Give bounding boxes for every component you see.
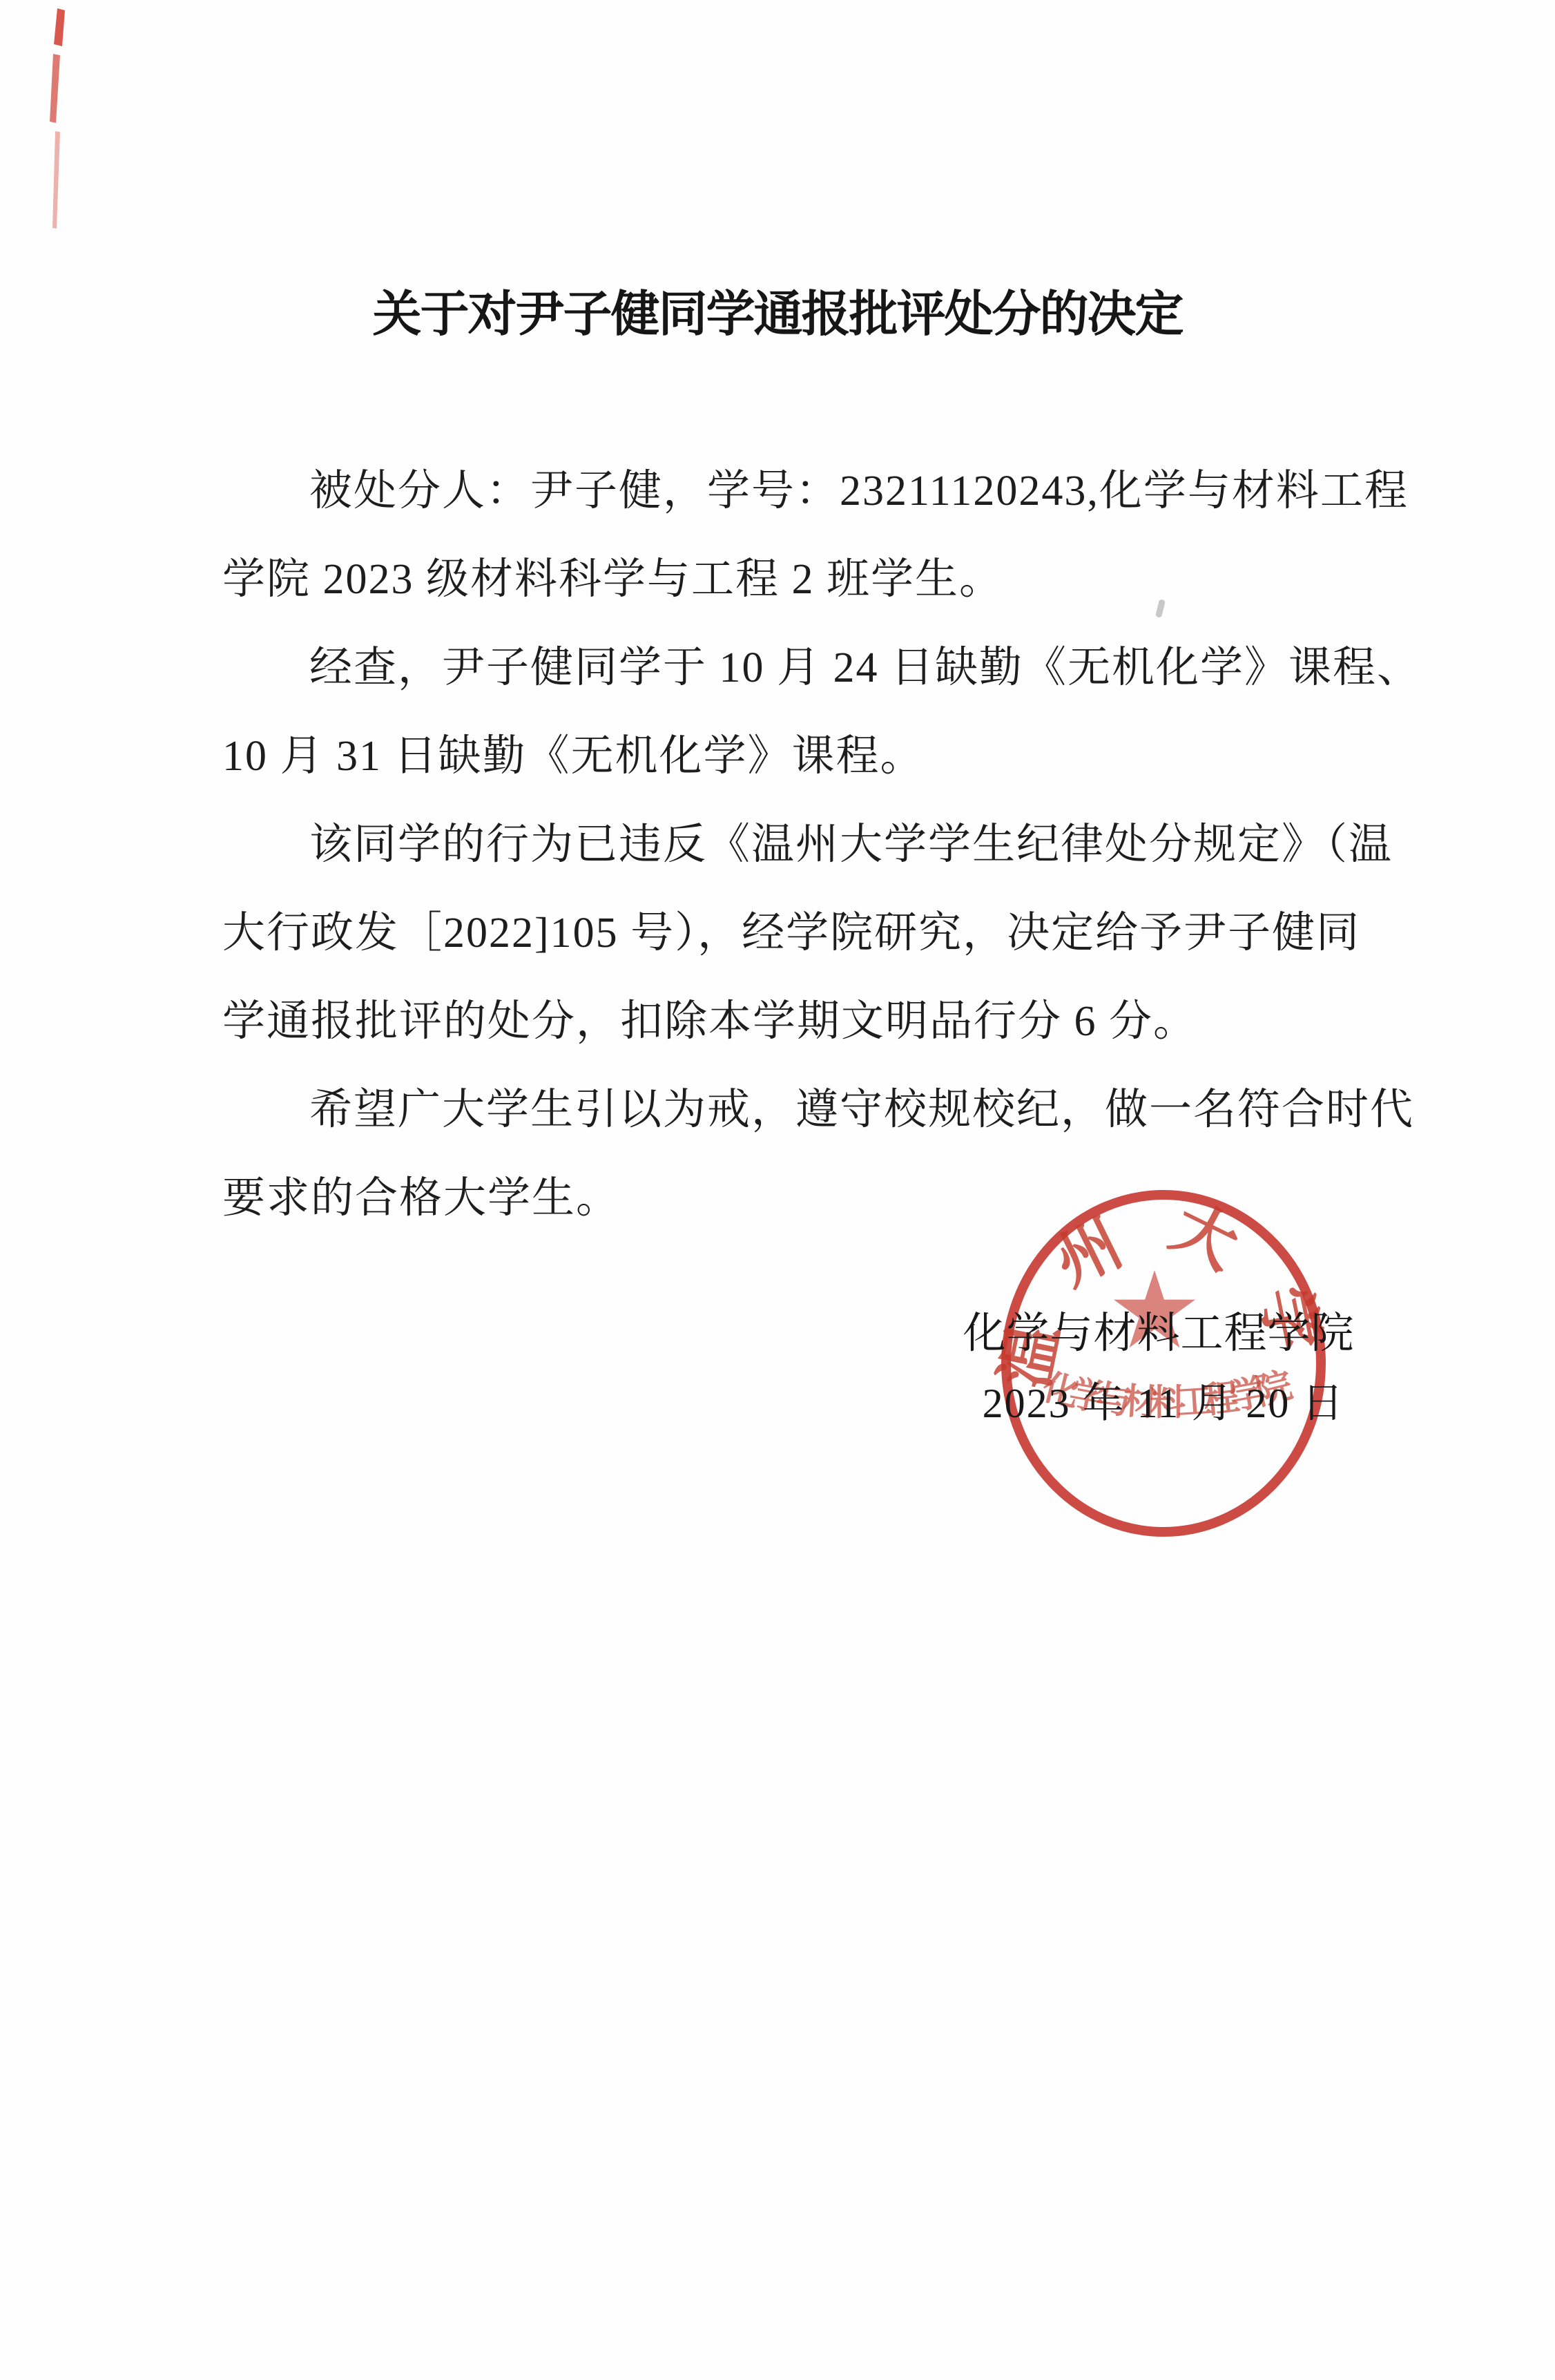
body-line: 10 月 31 日缺勤《无机化学》课程。	[222, 712, 1344, 800]
official-seal: 温州大学 化学与材料工程学院	[992, 1185, 1335, 1544]
seal-university-arc-text: 温州大学	[992, 1191, 1335, 1394]
scanned-document-page: 关于对尹子健同学通报批评处分的决定 被处分人：尹子健，学号：2321112024…	[0, 0, 1555, 2380]
body-line: 学通报批评的处分，扣除本学期文明品行分 6 分。	[222, 977, 1344, 1066]
body-line: 该同学的行为已违反《温州大学学生纪律处分规定》（温	[222, 800, 1344, 889]
signature-line: 化学与材料工程学院	[962, 1298, 1355, 1360]
body-line: 希望广大学生引以为戒，遵守校规校纪，做一名符合时代	[222, 1066, 1344, 1154]
document-title: 关于对尹子健同学通报批评处分的决定	[0, 275, 1555, 345]
body-text: 被处分人：尹子健，学号：23211120243,化学与材料工程学院 2023 级…	[222, 447, 1344, 1242]
body-line: 学院 2023 级材料科学与工程 2 班学生。	[222, 535, 1344, 624]
body-line: 被处分人：尹子健，学号：23211120243,化学与材料工程	[222, 447, 1344, 535]
date-line: 2023 年 11 月 20 日	[981, 1370, 1346, 1430]
body-line: 大行政发［2022]105 号），经学院研究，决定给予尹子健同	[222, 889, 1344, 977]
body-line: 经查，尹子健同学于 10 月 24 日缺勤《无机化学》课程、	[222, 624, 1344, 712]
red-ink-streaks	[38, 6, 114, 282]
